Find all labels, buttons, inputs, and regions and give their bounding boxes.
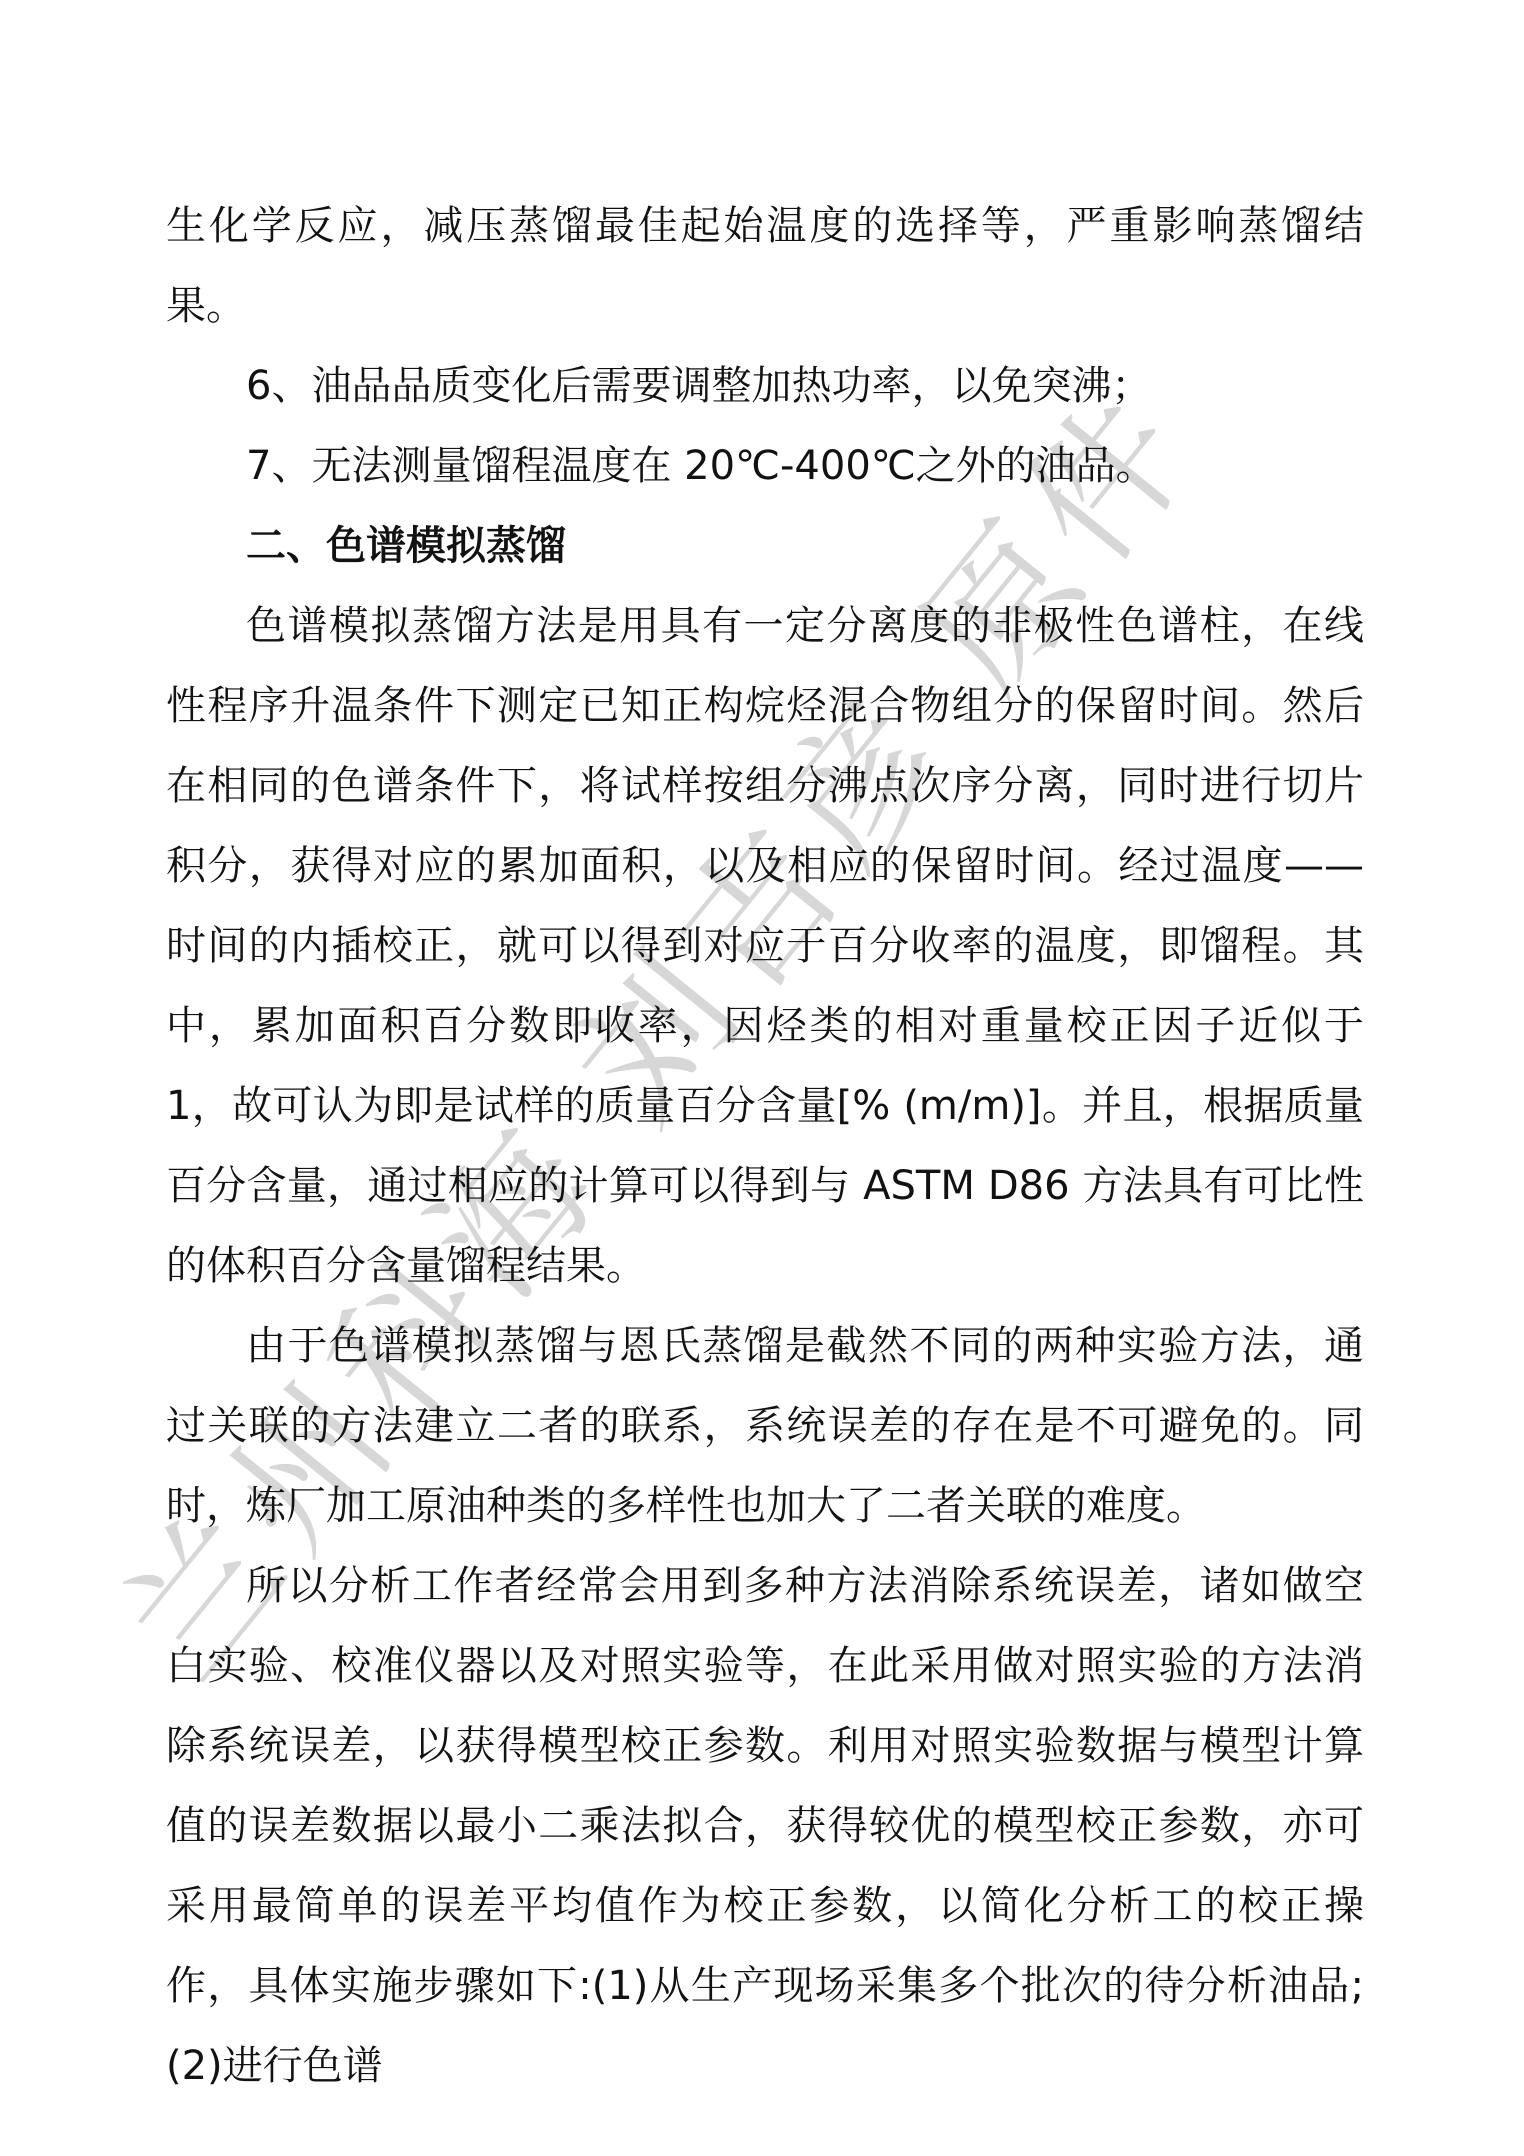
document-page: 兰州科海 刘吉彦 原件 生化学反应，减压蒸馏最佳起始温度的选择等，严重影响蒸馏结… [0,0,1524,2156]
list-item-7: 7、无法测量馏程温度在 20℃-400℃之外的油品。 [166,426,1364,506]
paragraph-correlation-difficulty: 由于色谱模拟蒸馏与恩氏蒸馏是截然不同的两种实验方法，通过关联的方法建立二者的联系… [166,1306,1364,1546]
paragraph-continuation: 生化学反应，减压蒸馏最佳起始温度的选择等，严重影响蒸馏结果。 [166,186,1364,346]
document-body: 生化学反应，减压蒸馏最佳起始温度的选择等，严重影响蒸馏结果。 6、油品品质变化后… [166,186,1364,2106]
paragraph-error-elimination-steps: 所以分析工作者经常会用到多种方法消除系统误差，诸如做空白实验、校准仪器以及对照实… [166,1546,1364,2106]
list-item-6: 6、油品品质变化后需要调整加热功率，以免突沸； [166,346,1364,426]
paragraph-simdis-method: 色谱模拟蒸馏方法是用具有一定分离度的非极性色谱柱，在线性程序升温条件下测定已知正… [166,586,1364,1306]
section-heading-simulated-distillation: 二、色谱模拟蒸馏 [166,506,1364,586]
